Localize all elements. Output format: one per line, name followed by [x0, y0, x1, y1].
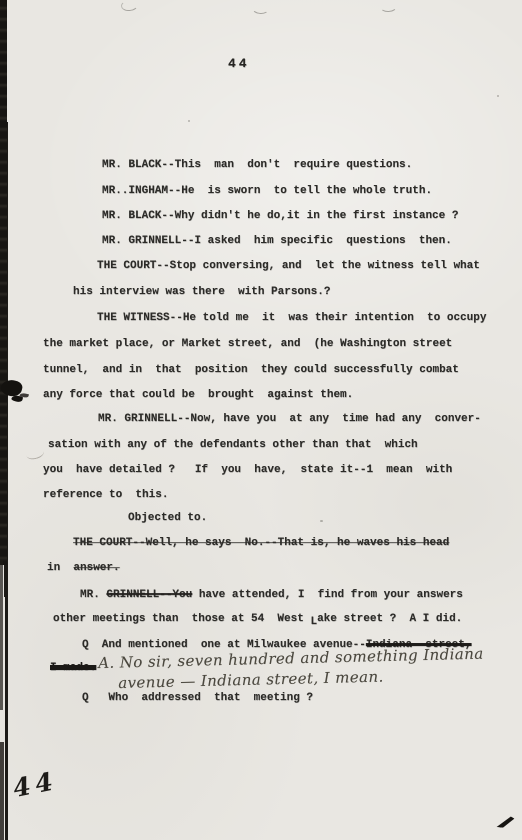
text-segment: Q Who addressed that meeting ?: [82, 692, 313, 704]
text-segment: MR..INGHAM--He is sworn to tell the whol…: [102, 185, 432, 197]
text-segment: L: [310, 616, 317, 628]
text-segment: the market place, or Market street, and …: [43, 338, 452, 350]
speck: [497, 95, 499, 97]
text-segment: Objected to.: [128, 512, 207, 524]
transcript-line: in answer.: [47, 562, 120, 575]
text-segment: MR. GRINNELL--Now, have you at any time …: [98, 413, 481, 425]
text-segment: THE COURT--Stop conversing, and let the …: [97, 260, 480, 272]
pencil-smudge: [25, 446, 45, 461]
binding-edge-strip-bottom: [0, 742, 4, 840]
transcript-line: reference to this.: [43, 489, 168, 502]
handwritten-line: avenue — Indiana street, I mean.: [118, 669, 384, 691]
text-segment: have attended, I find from your answers: [192, 589, 463, 601]
text-segment: sation with any of the defendants other …: [48, 439, 418, 451]
transcript-line: any force that could be brought against …: [43, 389, 353, 402]
text-segment: MR.: [80, 589, 106, 601]
text-segment: MR. BLACK--Why didn't he do,it in the fi…: [102, 210, 458, 222]
page-number-top: 44: [228, 56, 250, 71]
speck: [188, 120, 190, 122]
text-segment: ake street ? A I did.: [317, 613, 462, 625]
transcript-line: MR. BLACK--This man don't require questi…: [102, 159, 412, 172]
transcript-line: the market place, or Market street, and …: [43, 338, 452, 351]
binding-edge-strip-mid: [0, 560, 3, 710]
transcript-line: MR. GRINNELL--You have attended, I find …: [80, 589, 463, 602]
struck-text: GRINNELL--You: [106, 589, 192, 601]
smudge-mark: [252, 2, 270, 14]
text-segment: avenue — Indiana street, I mean.: [118, 668, 384, 692]
page-number-bottom-handwritten: 44: [11, 766, 61, 803]
text-segment: tunnel, and in that position they could …: [43, 364, 459, 376]
transcript-line: MR. GRINNELL--Now, have you at any time …: [98, 413, 481, 426]
transcript-line: you have detailed ? If you have, state i…: [43, 464, 452, 477]
text-segment: any force that could be brought against …: [43, 389, 353, 401]
corner-ink-mark: [496, 815, 514, 829]
struck-text: THE COURT--Well, he says No.--That is, h…: [73, 537, 449, 549]
text-segment: MR. GRINNELL--I asked him specific quest…: [102, 235, 452, 247]
scanned-transcript-page: 44 MR. BLACK--This man don't require que…: [0, 0, 522, 840]
binding-edge-strip: [0, 0, 7, 565]
transcript-line: other meetings than those at 54 West Lak…: [53, 613, 462, 626]
transcript-line: his interview was there with Parsons.?: [73, 286, 330, 299]
transcript-line: MR. BLACK--Why didn't he do,it in the fi…: [102, 210, 458, 223]
smudge-mark: [120, 0, 138, 12]
transcript-line: tunnel, and in that position they could …: [43, 364, 459, 377]
transcript-line: MR..INGHAM--He is sworn to tell the whol…: [102, 185, 432, 198]
text-segment: his interview was there with Parsons.?: [73, 286, 330, 298]
text-segment: reference to this.: [43, 489, 168, 501]
text-segment: you have detailed ? If you have, state i…: [43, 464, 452, 476]
speck: [320, 520, 323, 522]
text-segment: THE WITNESS--He told me it was their int…: [97, 312, 486, 324]
transcript-line: sation with any of the defendants other …: [48, 439, 418, 452]
smudge-mark: [380, 1, 398, 13]
text-segment: in: [47, 562, 73, 574]
transcript-line: MR. GRINNELL--I asked him specific quest…: [102, 235, 452, 248]
struck-text: answer.: [73, 562, 119, 574]
struck-text: I made.: [50, 662, 96, 674]
text-segment: MR. BLACK--This man don't require questi…: [102, 159, 412, 171]
transcript-line: THE COURT--Well, he says No.--That is, h…: [73, 537, 449, 550]
transcript-line: THE COURT--Stop conversing, and let the …: [97, 260, 480, 273]
transcript-line: I made.: [50, 662, 96, 675]
transcript-line: THE WITNESS--He told me it was their int…: [97, 312, 486, 325]
text-segment: other meetings than those at 54 West: [53, 613, 310, 625]
transcript-line: Objected to.: [128, 512, 207, 525]
transcript-line: Q Who addressed that meeting ?: [82, 692, 313, 705]
